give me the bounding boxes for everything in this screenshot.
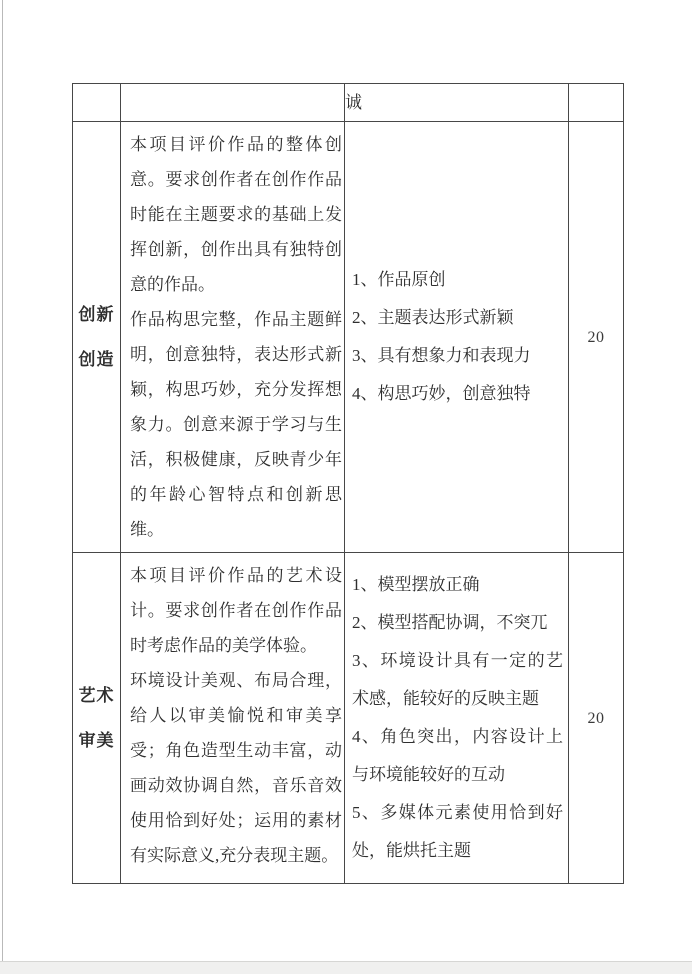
description-paragraph: 本项目评价作品的艺术设计。要求创作者在创作作品时考虑作品的美学体验。 [130,558,342,663]
description-cell-aesthetics: 本项目评价作品的艺术设计。要求创作者在创作作品时考虑作品的美学体验。 环境设计美… [121,553,345,884]
table-row-innovation: 创新 创造 本项目评价作品的整体创意。要求创作者在创作作品时能在主题要求的基础上… [73,122,624,553]
continuation-text: 诚 [345,93,362,112]
description-cell-innovation: 本项目评价作品的整体创意。要求创作者在创作作品时能在主题要求的基础上发挥创新，创… [121,122,345,553]
table-row-aesthetics: 艺术 审美 本项目评价作品的艺术设计。要求创作者在创作作品时考虑作品的美学体验。… [73,553,624,884]
description-paragraph: 本项目评价作品的整体创意。要求创作者在创作作品时能在主题要求的基础上发挥创新，创… [130,127,342,302]
rubric-item: 5、多媒体元素使用恰到好处，能烘托主题 [352,794,563,870]
criterion-label: 创新 [73,292,120,337]
criterion-cell-innovation: 创新 创造 [73,122,121,553]
description-paragraph: 环境设计美观、布局合理，给人以审美愉悦和审美享受；角色造型生动丰富，动画动效协调… [130,663,342,873]
score-value: 20 [588,329,605,346]
rubric-item: 2、模型搭配协调，不突兀 [352,604,563,642]
score-cell-innovation: 20 [569,122,624,553]
table-row-continuation: 诚 [73,84,624,122]
description-cell-empty [121,84,345,122]
page-left-edge [2,0,3,962]
rubric-item: 3、环境设计具有一定的艺术感，能较好的反映主题 [352,642,563,718]
continuation-text-cell: 诚 [345,84,569,122]
items-cell-innovation: 1、作品原创 2、主题表达形式新颖 3、具有想象力和表现力 4、构思巧妙，创意独… [345,122,569,553]
criterion-label: 艺术 [73,673,120,718]
rubric-item: 2、主题表达形式新颖 [352,299,563,337]
page-bottom-margin [0,961,692,974]
criterion-cell-empty [73,84,121,122]
criterion-label: 创造 [73,337,120,382]
rubric-item: 1、模型摆放正确 [352,566,563,604]
rubric-table: 诚 创新 创造 本项目评价作品的整体创意。要求创作者在创作作品时能在主题要求的基… [72,83,624,884]
items-cell-aesthetics: 1、模型摆放正确 2、模型搭配协调，不突兀 3、环境设计具有一定的艺术感，能较好… [345,553,569,884]
criterion-label: 审美 [73,718,120,763]
criterion-cell-aesthetics: 艺术 审美 [73,553,121,884]
score-cell-aesthetics: 20 [569,553,624,884]
score-cell-empty [569,84,624,122]
description-paragraph: 作品构思完整，作品主题鲜明，创意独特，表达形式新颖，构思巧妙，充分发挥想象力。创… [130,302,342,547]
score-value: 20 [588,710,605,727]
rubric-item: 4、构思巧妙，创意独特 [352,375,563,413]
rubric-item: 4、角色突出，内容设计上与环境能较好的互动 [352,718,563,794]
rubric-item: 1、作品原创 [352,261,563,299]
rubric-item: 3、具有想象力和表现力 [352,337,563,375]
document-page: 诚 创新 创造 本项目评价作品的整体创意。要求创作者在创作作品时能在主题要求的基… [0,0,692,974]
